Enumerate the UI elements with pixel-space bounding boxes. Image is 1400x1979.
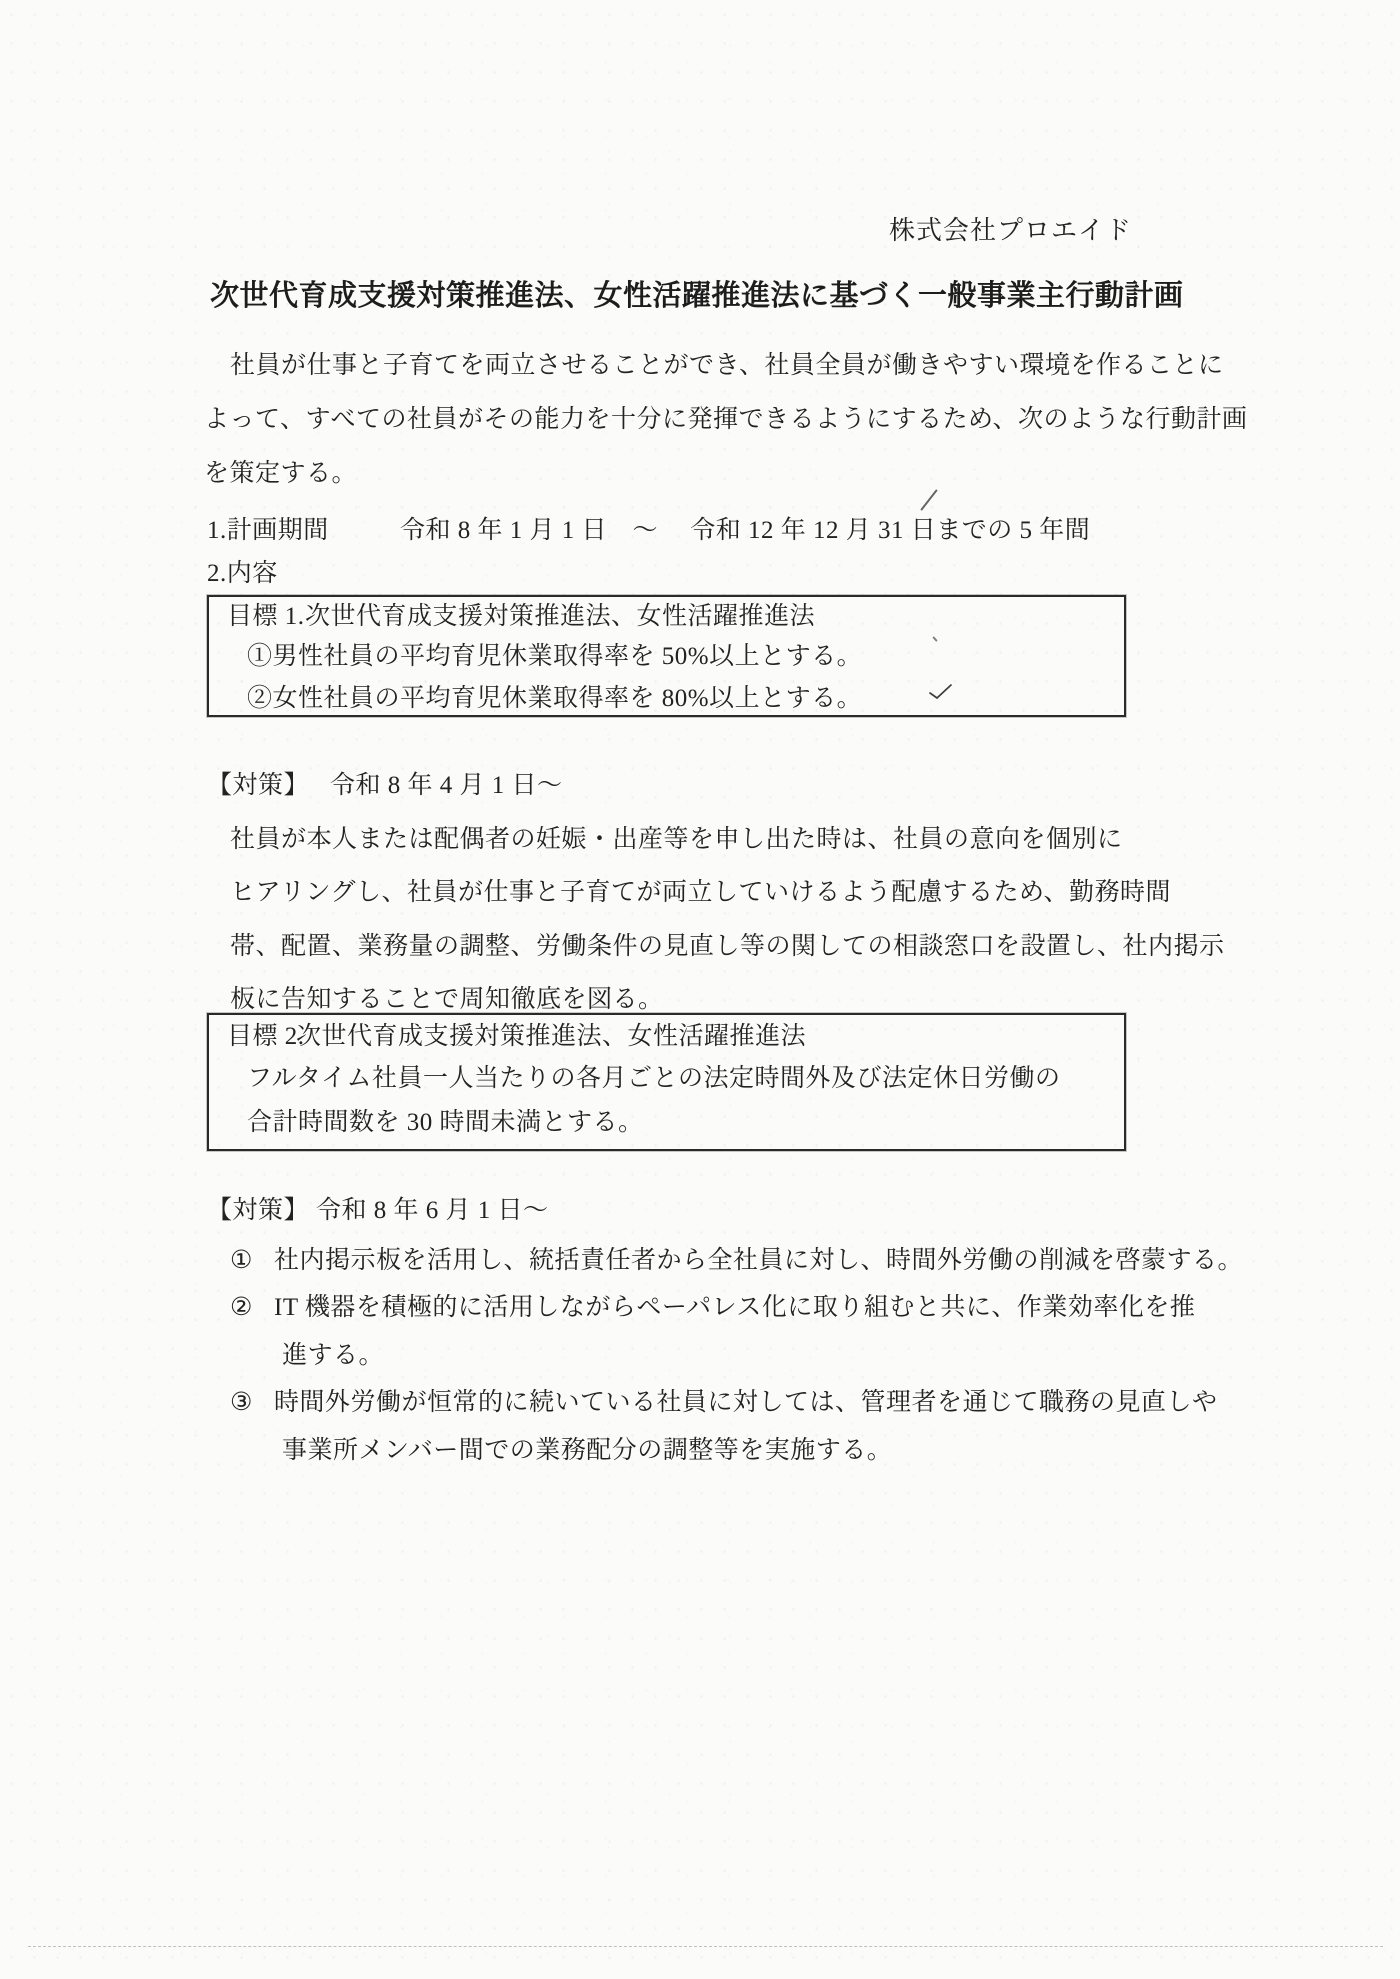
measure2-item-text: 社内掲示板を活用し、統括責任者から全社員に対し、時間外労働の削減を啓蒙する。 (274, 1246, 1243, 1275)
goal1-label: 目標 1. (227, 602, 305, 631)
goal1-item: ②女性社員の平均育児休業取得率を 80%以上とする。 (247, 684, 862, 713)
plan-period-label: 1.計画期間 (207, 516, 329, 545)
measure1-label: 【対策】 (207, 771, 309, 800)
goal1-law-title: 次世代育成支援対策推進法、女性活躍推進法 (305, 602, 815, 631)
measure2-item-number: ② (230, 1293, 253, 1322)
content-heading: 2.内容 (207, 559, 278, 588)
goal2-label: 目標 2. (227, 1022, 305, 1051)
pen-check-mark (929, 684, 953, 702)
plan-period-value: 令和 8 年 1 月 1 日 ～ 令和 12 年 12 月 31 日までの 5 … (400, 516, 1090, 545)
company-name: 株式会社プロエイド (889, 216, 1132, 246)
measure1-date: 令和 8 年 4 月 1 日～ (330, 771, 563, 800)
measure2-item-text: 時間外労働が恒常的に続いている社員に対しては、管理者を通じて職務の見直しや (274, 1388, 1218, 1417)
measure2-item-text-continuation: 事業所メンバー間での業務配分の調整等を実施する。 (282, 1436, 892, 1465)
scanned-document-page: 株式会社プロエイド 次世代育成支援対策推進法、女性活躍推進法に基づく一般事業主行… (0, 0, 1400, 1979)
measure1-paragraph-line: 帯、配置、業務量の調整、労働条件の見直し等の関しての相談窓口を設置し、社内掲示 (230, 932, 1225, 961)
measure2-item-text: IT 機器を積極的に活用しながらペーパレス化に取り組むと共に、作業効率化を推 (274, 1293, 1195, 1322)
document-title: 次世代育成支援対策推進法、女性活躍推進法に基づく一般事業主行動計画 (210, 280, 1184, 314)
measure2-date: 令和 8 年 6 月 1 日～ (316, 1196, 549, 1225)
measure2-item-number: ① (230, 1246, 253, 1275)
intro-paragraph-line: よって、すべての社員がその能力を十分に発揮できるようにするため、次のような行動計… (204, 405, 1248, 434)
pen-slash-mark (920, 489, 938, 511)
measure2-label: 【対策】 (207, 1196, 309, 1225)
goal2-line: 合計時間数を 30 時間未満とする。 (247, 1108, 644, 1137)
goal2-line: フルタイム社員一人当たりの各月ごとの法定時間外及び法定休日労働の (247, 1064, 1061, 1093)
measure1-paragraph-line: 板に告知することで周知徹底を図る。 (230, 985, 664, 1014)
measure1-paragraph-line: 社員が本人または配偶者の妊娠・出産等を申し出た時は、社員の意向を個別に (230, 825, 1123, 854)
intro-paragraph-line: を策定する。 (204, 459, 357, 488)
goal2-law-title: 次世代育成支援対策推進法、女性活躍推進法 (296, 1022, 806, 1051)
intro-paragraph-line: 社員が仕事と子育てを両立させることができ、社員全員が働きやすい環境を作ることに (230, 351, 1224, 380)
goal1-item: ①男性社員の平均育児休業取得率を 50%以上とする。 (247, 642, 862, 671)
measure2-item-text-continuation: 進する。 (282, 1341, 384, 1370)
measure2-item-number: ③ (230, 1388, 253, 1417)
scanner-dashed-edge-line (28, 1946, 1383, 1947)
measure1-paragraph-line: ヒアリングし、社員が仕事と子育てが両立していけるよう配慮するため、勤務時間 (230, 878, 1171, 907)
